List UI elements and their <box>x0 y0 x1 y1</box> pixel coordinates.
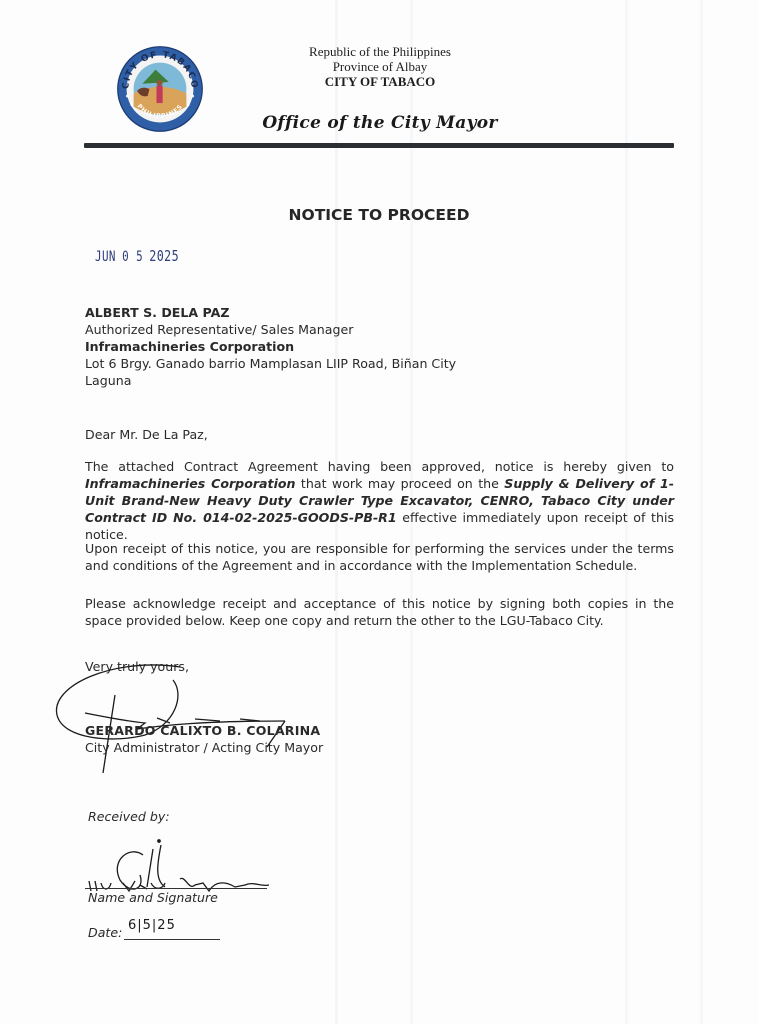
letterhead-text: Republic of the Philippines Province of … <box>230 44 530 89</box>
signatory-name: GERARDO CALIXTO B. COLARINA <box>85 722 323 739</box>
recipient-company: Inframachineries Corporation <box>85 338 645 355</box>
p1-text-b: that work may proceed on the <box>296 476 505 491</box>
p1-company: Inframachineries Corporation <box>85 476 296 491</box>
stamp-day: 0 5 <box>122 249 143 265</box>
salutation: Dear Mr. De La Paz, <box>85 426 208 443</box>
letterhead-province: Province of Albay <box>230 59 530 74</box>
recipient-position: Authorized Representative/ Sales Manager <box>85 321 645 338</box>
received-by-label: Received by: <box>88 808 170 825</box>
city-seal-icon: CITY OF TABACO PHILIPPINES <box>116 45 204 133</box>
letterhead-city: CITY OF TABACO <box>230 74 530 89</box>
date-line <box>124 939 220 940</box>
recipient-address-line1: Lot 6 Brgy. Ganado barrio Mamplasan LIIP… <box>85 355 645 372</box>
paragraph-responsibility: Upon receipt of this notice, you are res… <box>85 540 674 574</box>
paragraph-approval: The attached Contract Agreement having b… <box>85 458 674 543</box>
letterhead-republic: Republic of the Philippines <box>230 44 530 59</box>
date-label: Date: <box>88 924 122 941</box>
header-rule <box>84 143 674 148</box>
handwritten-date: 6|5|25 <box>128 918 176 933</box>
signatory-block: GERARDO CALIXTO B. COLARINA City Adminis… <box>85 722 323 756</box>
received-date-stamp: JUN0 52025 <box>95 247 179 265</box>
stamp-year: 2025 <box>149 247 179 265</box>
signatory-signature-icon <box>45 655 325 775</box>
recipient-block: ALBERT S. DELA PAZ Authorized Representa… <box>85 304 645 389</box>
paragraph-acknowledge: Please acknowledge receipt and acceptanc… <box>85 595 674 629</box>
name-signature-label: Name and Signature <box>88 889 218 906</box>
p1-text-a: The attached Contract Agreement having b… <box>85 459 674 474</box>
signatory-title: City Administrator / Acting City Mayor <box>85 739 323 756</box>
office-heading: Office of the City Mayor <box>230 113 530 133</box>
stamp-month: JUN <box>95 249 116 265</box>
recipient-name: ALBERT S. DELA PAZ <box>85 304 645 321</box>
recipient-address-line2: Laguna <box>85 372 645 389</box>
document-title: NOTICE TO PROCEED <box>0 206 758 224</box>
